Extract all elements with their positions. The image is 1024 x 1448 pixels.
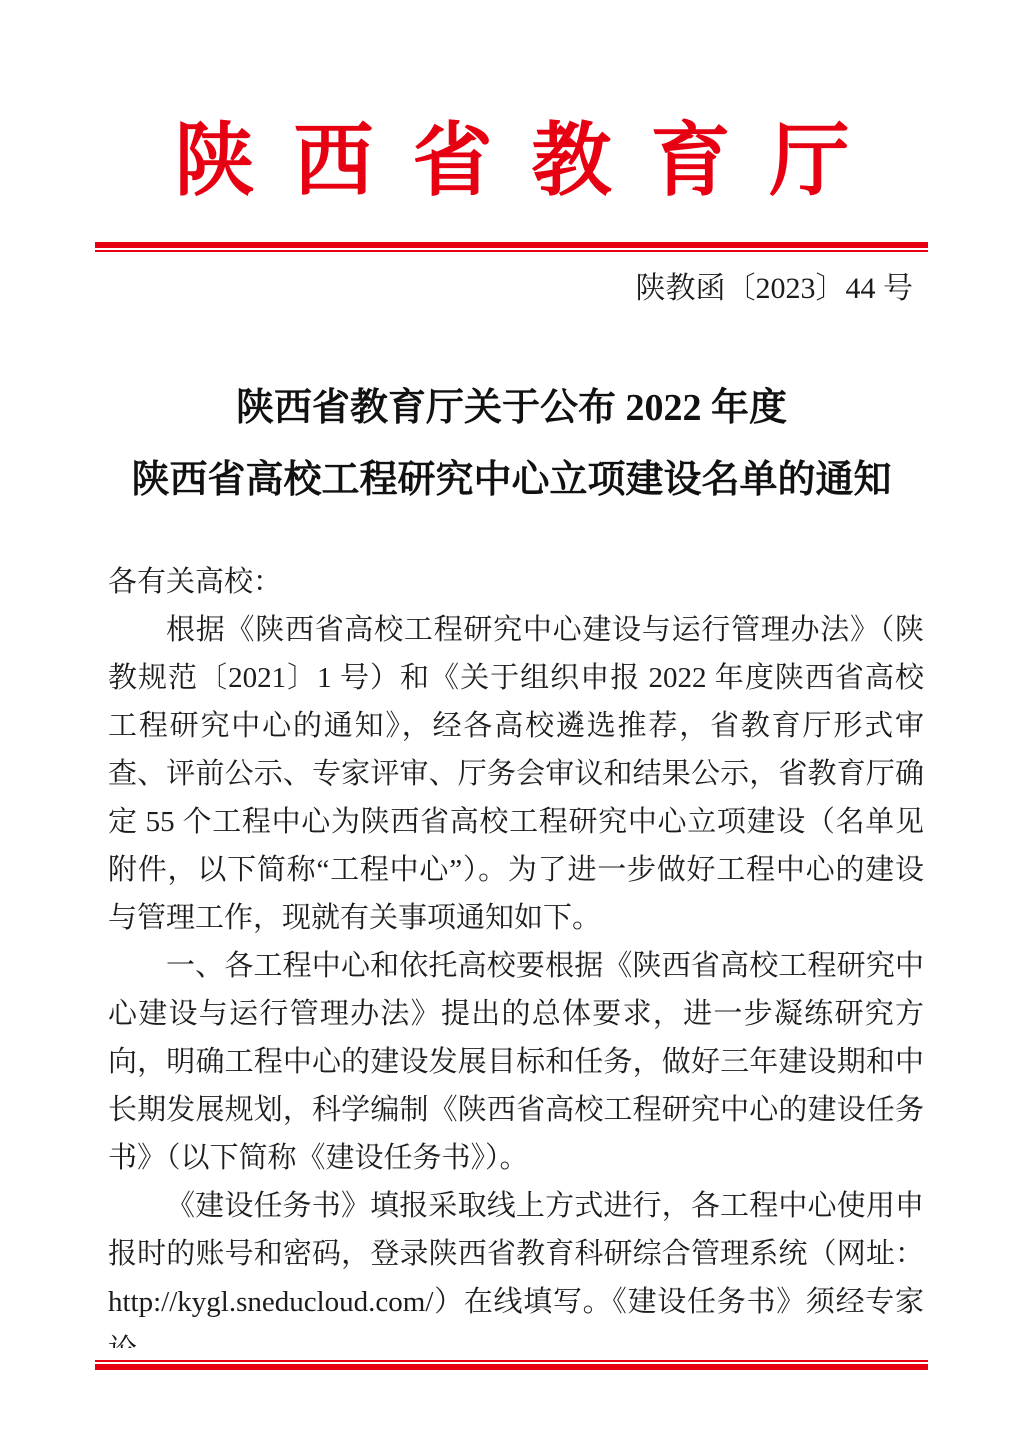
title-line-2: 陕西省高校工程研究中心立项建设名单的通知 bbox=[95, 444, 928, 516]
header-rule-thick-line bbox=[95, 242, 928, 248]
document-body: 各有关高校： 根据《陕西省高校工程研究中心建设与运行管理办法》（陕教规范〔202… bbox=[108, 558, 924, 1348]
salutation: 各有关高校： bbox=[108, 558, 924, 606]
agency-name: 陕西省教育厅 bbox=[0, 118, 1024, 206]
doc-number: 陕教函〔2023〕44 号 bbox=[636, 272, 914, 306]
footer-rule-thin-line bbox=[95, 1360, 928, 1362]
body-paragraph: 《建设任务书》填报采取线上方式进行，各工程中心使用申报时的账号和密码，登录陕西省… bbox=[108, 1182, 924, 1348]
document-title: 陕西省教育厅关于公布 2022 年度 陕西省高校工程研究中心立项建设名单的通知 bbox=[95, 372, 928, 516]
footer-rule-thick-line bbox=[95, 1364, 928, 1370]
document-page: 陕西省教育厅 陕教函〔2023〕44 号 陕西省教育厅关于公布 2022 年度 … bbox=[0, 0, 1024, 1448]
footer-rule bbox=[95, 1360, 928, 1370]
body-paragraph: 根据《陕西省高校工程研究中心建设与运行管理办法》（陕教规范〔2021〕1 号）和… bbox=[108, 606, 924, 942]
header-rule-thin-line bbox=[95, 250, 928, 252]
header-rule bbox=[95, 242, 928, 252]
body-paragraph: 一、各工程中心和依托高校要根据《陕西省高校工程研究中心建设与运行管理办法》提出的… bbox=[108, 942, 924, 1182]
title-line-1: 陕西省教育厅关于公布 2022 年度 bbox=[95, 372, 928, 444]
